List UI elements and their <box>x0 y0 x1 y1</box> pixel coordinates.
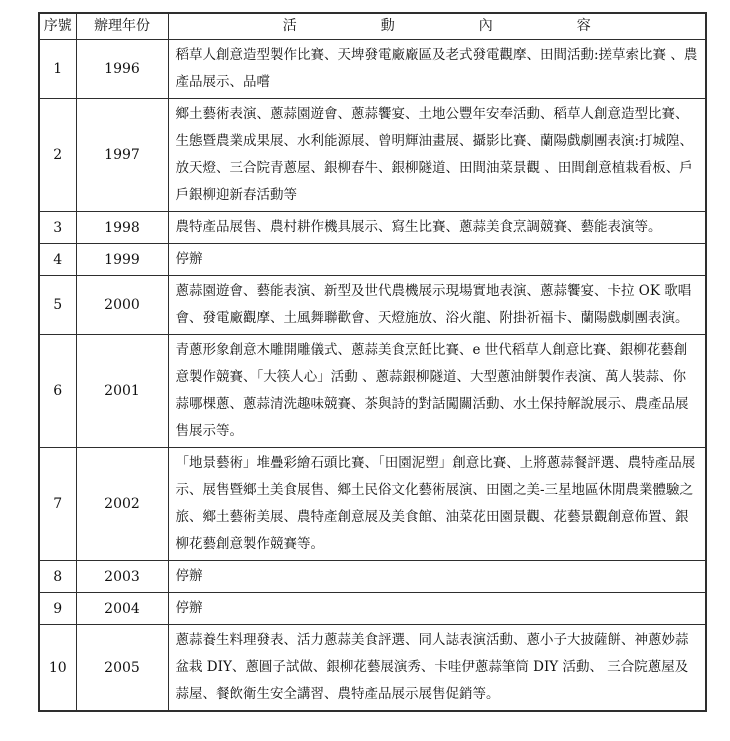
activities-cell: 停辦 <box>168 593 706 625</box>
table-row: 9 2004 停辦 <box>39 593 706 625</box>
festival-activities-table: 序號 辦理年份 活動內容 1 1996 稻草人創意造型製作比賽、天埤發電廠廠區及… <box>38 12 707 712</box>
year-cell: 2002 <box>76 448 168 561</box>
year-cell: 1999 <box>76 244 168 276</box>
year-cell: 2003 <box>76 561 168 593</box>
document-page: 序號 辦理年份 活動內容 1 1996 稻草人創意造型製作比賽、天埤發電廠廠區及… <box>0 0 730 741</box>
serial-number-cell: 8 <box>39 561 76 593</box>
activities-cell: 蔥蒜園遊會、藝能表演、新型及世代農機展示現場實地表演、蔥蒜饗宴、卡拉 OK 歌唱… <box>168 276 706 335</box>
activities-cell: 停辦 <box>168 561 706 593</box>
activities-cell: 青蔥形象創意木雕開雕儀式、蔥蒜美食烹飪比賽、e 世代稻草人創意比賽、銀柳花藝創意… <box>168 335 706 448</box>
serial-number-cell: 9 <box>39 593 76 625</box>
serial-number-cell: 6 <box>39 335 76 448</box>
activities-cell: 鄉土藝術表演、蔥蒜園遊會、蔥蒜饗宴、土地公豐年安奉活動、稻草人創意造型比賽、生態… <box>168 99 706 212</box>
serial-number-cell: 2 <box>39 99 76 212</box>
table-row: 7 2002 「地景藝術」堆疊彩繪石頭比賽、「田園泥塑」創意比賽、上將蔥蒜餐評選… <box>39 448 706 561</box>
header-year: 辦理年份 <box>76 13 168 40</box>
year-cell: 2000 <box>76 276 168 335</box>
year-cell: 1997 <box>76 99 168 212</box>
serial-number-cell: 5 <box>39 276 76 335</box>
year-cell: 2004 <box>76 593 168 625</box>
activities-cell: 停辦 <box>168 244 706 276</box>
header-activity-content: 活動內容 <box>168 13 706 40</box>
serial-number-cell: 3 <box>39 212 76 244</box>
table-row: 3 1998 農特產品展售、農村耕作機具展示、寫生比賽、蔥蒜美食烹調競賽、藝能表… <box>39 212 706 244</box>
year-cell: 2005 <box>76 625 168 712</box>
table-row: 6 2001 青蔥形象創意木雕開雕儀式、蔥蒜美食烹飪比賽、e 世代稻草人創意比賽… <box>39 335 706 448</box>
activities-cell: 農特產品展售、農村耕作機具展示、寫生比賽、蔥蒜美食烹調競賽、藝能表演等。 <box>168 212 706 244</box>
table-row: 10 2005 蔥蒜養生料理發表、活力蔥蒜美食評選、同人誌表演活動、蔥小子大披薩… <box>39 625 706 712</box>
header-row: 序號 辦理年份 活動內容 <box>39 13 706 40</box>
serial-number-cell: 7 <box>39 448 76 561</box>
header-serial-number: 序號 <box>39 13 76 40</box>
table-row: 4 1999 停辦 <box>39 244 706 276</box>
activities-cell: 蔥蒜養生料理發表、活力蔥蒜美食評選、同人誌表演活動、蔥小子大披薩餅、神蔥妙蒜盆栽… <box>168 625 706 712</box>
serial-number-cell: 1 <box>39 40 76 99</box>
table-row: 2 1997 鄉土藝術表演、蔥蒜園遊會、蔥蒜饗宴、土地公豐年安奉活動、稻草人創意… <box>39 99 706 212</box>
table-row: 8 2003 停辦 <box>39 561 706 593</box>
serial-number-cell: 10 <box>39 625 76 712</box>
activities-cell: 「地景藝術」堆疊彩繪石頭比賽、「田園泥塑」創意比賽、上將蔥蒜餐評選、農特產品展示… <box>168 448 706 561</box>
year-cell: 2001 <box>76 335 168 448</box>
table-row: 1 1996 稻草人創意造型製作比賽、天埤發電廠廠區及老式發電觀摩、田間活動:搓… <box>39 40 706 99</box>
serial-number-cell: 4 <box>39 244 76 276</box>
year-cell: 1996 <box>76 40 168 99</box>
table-row: 5 2000 蔥蒜園遊會、藝能表演、新型及世代農機展示現場實地表演、蔥蒜饗宴、卡… <box>39 276 706 335</box>
year-cell: 1998 <box>76 212 168 244</box>
activities-cell: 稻草人創意造型製作比賽、天埤發電廠廠區及老式發電觀摩、田間活動:搓草索比賽 、農… <box>168 40 706 99</box>
